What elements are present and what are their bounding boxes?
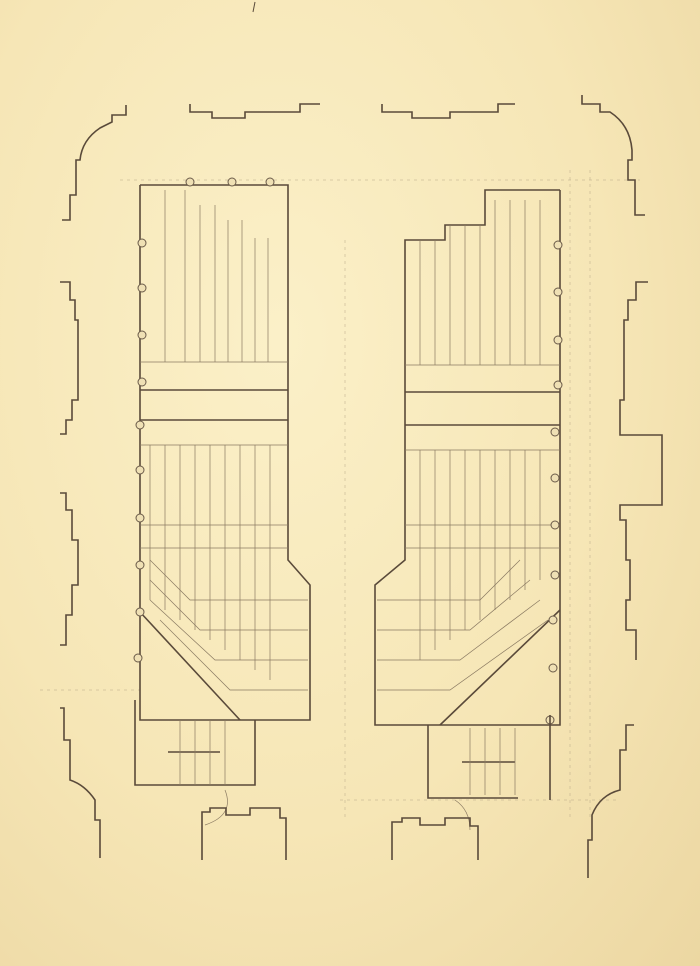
drawing-sheet	[0, 0, 700, 966]
right-hall	[375, 190, 562, 830]
corner-mark	[253, 2, 255, 12]
left-hall	[134, 178, 310, 825]
floor-plan-drawing	[0, 0, 700, 966]
